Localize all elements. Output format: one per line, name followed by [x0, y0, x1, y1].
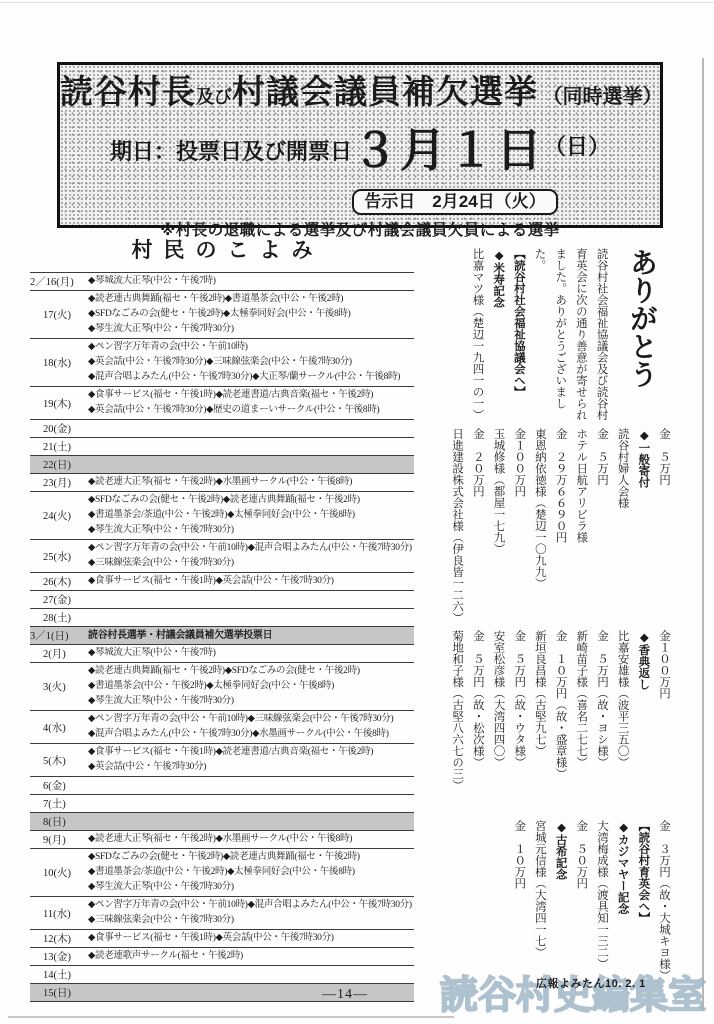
calendar-date: 9(月): [30, 832, 88, 847]
calendar-events: ◆読老連大正琴(福セ・午後2時)◆水墨画サークル(中公・午後8時): [88, 475, 414, 490]
thanks-body: 東恩納依徳様（楚辺一〇九九）: [529, 428, 550, 626]
calendar-date: 2(月): [30, 646, 88, 661]
election-date-line: 期日：投票日及び開票日３月１日（日）: [60, 121, 660, 188]
calendar-event-line: ◆三味線弦楽会(中公・午後7時30分): [88, 556, 414, 571]
calendar-date: 13(金): [30, 949, 88, 964]
thanks-heading: ◆香典返し: [633, 630, 654, 816]
village-calendar: 村民のこよみ 2／16(月)◆琴城流大正琴(中公・午後7時)17(火)◆読老連古…: [30, 234, 414, 1002]
calendar-row: 27(金): [30, 590, 414, 608]
calendar-event-line: ◆読老連古典舞踊(福セ・午後2時)◆書道墨茶会(中公・午後2時): [88, 292, 414, 307]
calendar-date: 15(日): [30, 985, 88, 1000]
calendar-row: 14(土): [30, 965, 414, 983]
calendar-title: 村民のこよみ: [30, 234, 414, 264]
election-title-paren: （同時選挙）: [542, 86, 662, 108]
calendar-event-line: ◆SFDなごみの会(健セ・午後2時)◆太極拳同好会(中公・午後8時): [88, 307, 414, 322]
calendar-table: 2／16(月)◆琴城流大正琴(中公・午後7時)17(火)◆読老連古典舞踊(福セ・…: [30, 272, 414, 1002]
calendar-row: 9(月)◆読老連大正琴(福セ・午後2時)◆水墨画サークル(中公・午後8時): [30, 830, 414, 848]
calendar-row: 8(日): [30, 812, 414, 830]
thanks-body: ホテル日航アリビラ様: [571, 428, 592, 626]
calendar-row: 26(木)◆食事サービス(福セ・午後1時)◆英会話(中公・午後7時30分): [30, 572, 414, 590]
calendar-events: ◆ペン習字万年青の会(中公・午前10時)◆混声合唱よみたん(中公・午後7時30分…: [88, 541, 414, 571]
calendar-events: ◆読老連古典舞踊(福セ・午後2時)◆書道墨茶会(中公・午後2時)◆SFDなごみの…: [88, 292, 414, 337]
thanks-body: 新崎苗子様（喜名二七七）: [571, 630, 592, 816]
calendar-events: ◆ペン習字万年青の会(中公・午前10時)◆混声合唱よみたん(中公・午後7時30分…: [88, 898, 414, 928]
calendar-row: 2／16(月)◆琴城流大正琴(中公・午後7時): [30, 272, 414, 290]
calendar-event-line: ◆書道墨茶会/茶道(中公・午後2時)◆太極拳同好会(中公・午後8時): [88, 865, 414, 880]
thanks-body: 菊地和子様（古堅八六七の三）: [446, 630, 467, 816]
thanks-band: 金 ５万円◆一般寄付読谷村婦人会様金 ５万円ホテル日航アリビラ様金 ２９万６６９…: [420, 428, 696, 626]
calendar-date: 21(土): [30, 439, 88, 454]
scan-edge-top: [0, 2, 714, 3]
thanks-amount: 金 ５万円（故・松次様）: [467, 630, 488, 816]
calendar-date: 8(日): [30, 814, 88, 829]
calendar-event-line: ◆琴生流大正琴(中公・午後7時30分): [88, 880, 414, 895]
calendar-events: ◆食事サービス(福セ・午後1時)◆英会話(中公・午後7時30分): [88, 931, 414, 946]
calendar-event-line: ◆ペン習字万年青の会(中公・午前10時)◆三味線弦楽会(中公・午後7時30分): [88, 712, 414, 727]
thanks-amount: 金 ５万円: [591, 428, 612, 626]
calendar-date: 28(土): [30, 610, 88, 625]
thanks-section: 【読谷村社会福祉協議会へ】: [508, 248, 529, 424]
calendar-event-line: 読谷村長選挙・村議会議員補欠選挙投票日: [88, 628, 414, 643]
calendar-date: 19(木): [30, 396, 88, 411]
thanks-amount: 金 ２０万円: [467, 428, 488, 626]
thanks-amount: 金１００万円: [509, 428, 530, 626]
thanks-band: ありがとう読谷村社会福祉協議会及び読谷村育英会に次の通り善意が寄せられました。あ…: [420, 248, 696, 424]
calendar-event-line: ◆食事サービス(福セ・午後1時)◆英会話(中公・午後7時30分): [88, 931, 414, 946]
calendar-date: 18(水): [30, 355, 88, 370]
thanks-band: 金１００万円◆香典返し比嘉安雄様（波平三五〇）金 ５万円（故・ヨシ様）新崎苗子様…: [420, 630, 696, 816]
calendar-row: 21(土): [30, 437, 414, 455]
calendar-date: 23(月): [30, 475, 88, 490]
thanks-amount: 金１００万円: [653, 630, 674, 816]
calendar-events: ◆読老連歌声サークル(福セ・午後2時): [88, 949, 414, 964]
announcement-line: 告示日 2月24日（火）: [60, 189, 660, 215]
thanks-body: 安室松彦様（大湾四四〇）: [488, 630, 509, 816]
calendar-date: 26(木): [30, 574, 88, 589]
calendar-events: ◆読老連大正琴(福セ・午後2時)◆水墨画サークル(中公・午後8時): [88, 832, 414, 847]
calendar-date: 2／16(月): [30, 274, 88, 289]
calendar-row: 17(火)◆読老連古典舞踊(福セ・午後2時)◆書道墨茶会(中公・午後2時)◆SF…: [30, 290, 414, 338]
calendar-events: ◆琴城流大正琴(中公・午後7時): [88, 646, 414, 661]
calendar-event-line: ◆食事サービス(福セ・午後1時)◆読老連書道/古典音楽(福セ・午後2時): [88, 388, 414, 403]
election-date-label: 期日：投票日及び開票日: [110, 139, 352, 164]
calendar-events: ◆食事サービス(福セ・午後1時)◆読老連書道/古典音楽(福セ・午後2時)◆英会話…: [88, 745, 414, 775]
calendar-date: 3／1(日): [30, 628, 88, 643]
thanks-body: 玉城修様（都屋一七九）: [488, 428, 509, 626]
scan-edge-right: [702, 58, 704, 1010]
calendar-event-line: ◆ペン習字万年青の会(中公・午前10時)◆混声合唱よみたん(中公・午後7時30分…: [88, 898, 414, 913]
thanks-article: ありがとう読谷村社会福祉協議会及び読谷村育英会に次の通り善意が寄せられました。あ…: [420, 248, 696, 1000]
election-notice-box: 読谷村長及び村議会議員補欠選挙 （同時選挙） 期日：投票日及び開票日３月１日（日…: [57, 62, 663, 228]
calendar-event-line: ◆読老連歌声サークル(福セ・午後2時): [88, 949, 414, 964]
calendar-row: 2(月)◆琴城流大正琴(中公・午後7時): [30, 644, 414, 662]
calendar-event-line: ◆読老連古典舞踊(福セ・午後2時)◆SFDなごみの会(健セ・午後2時): [88, 664, 414, 679]
thanks-body: 読谷村社会福祉協議会及び読谷村育英会に次の通り善意が寄せられました。ありがとうご…: [529, 248, 612, 424]
thanks-body: 読谷村婦人会様: [612, 428, 633, 626]
calendar-date: 5(木): [30, 753, 88, 768]
halftone-background: 読谷村長及び村議会議員補欠選挙 （同時選挙） 期日：投票日及び開票日３月１日（日…: [60, 65, 660, 225]
calendar-event-line: ◆ペン習字万年青の会(中公・午前10時)◆混声合唱よみたん(中公・午後7時30分…: [88, 541, 414, 556]
thanks-body: 比嘉マツ様（楚辺一九四一の一）: [467, 248, 488, 424]
calendar-event-line: ◆英会話(中公・午後7時30分)◆歴史の道まーいサークル(中公・午後8時): [88, 403, 414, 418]
calendar-date: 10(火): [30, 865, 88, 880]
thanks-amount: 金 ５万円（故・ヨシ様）: [591, 630, 612, 816]
calendar-row: 13(金)◆読老連歌声サークル(福セ・午後2時): [30, 947, 414, 965]
calendar-row: 10(火)◆SFDなごみの会(健セ・午後2時)◆読老連古典舞踊(福セ・午後2時)…: [30, 848, 414, 896]
calendar-events: ◆食事サービス(福セ・午後1時)◆読老連書道/古典音楽(福セ・午後2時)◆英会話…: [88, 388, 414, 418]
thanks-body: 日進建設株式会社様（伊良皆一二六）: [446, 428, 467, 626]
calendar-row: 6(金): [30, 776, 414, 794]
calendar-event-line: ◆琴城流大正琴(中公・午後7時): [88, 274, 414, 289]
calendar-event-line: ◆英会話(中公・午後7時30分): [88, 760, 414, 775]
calendar-event-line: ◆琴生流大正琴(中公・午後7時30分): [88, 694, 414, 709]
thanks-title: ありがとう: [612, 248, 660, 424]
calendar-date: 20(金): [30, 421, 88, 436]
calendar-date: 25(水): [30, 549, 88, 564]
newsletter-page: 読谷村長及び村議会議員補欠選挙 （同時選挙） 期日：投票日及び開票日３月１日（日…: [0, 0, 714, 1024]
calendar-date: 7(土): [30, 796, 88, 811]
calendar-event-line: ◆書道墨茶会/茶道(中公・午後2時)◆太極拳同好会(中公・午後8時): [88, 508, 414, 523]
calendar-row: 22(日): [30, 455, 414, 473]
calendar-row: 23(月)◆読老連大正琴(福セ・午後2時)◆水墨画サークル(中公・午後8時): [30, 473, 414, 491]
calendar-events: 読谷村長選挙・村議会議員補欠選挙投票日: [88, 628, 414, 643]
calendar-events: ◆SFDなごみの会(健セ・午後2時)◆読老連古典舞踊(福セ・午後2時)◆書道墨茶…: [88, 493, 414, 538]
calendar-date: 11(水): [30, 906, 88, 921]
thanks-heading: ◆米寿記念: [487, 248, 508, 424]
calendar-event-line: ◆英会話(中公・午後7時30分)◆三味線弦楽会(中公・午後7時30分): [88, 355, 414, 370]
election-date-value: ３月１日: [352, 124, 544, 176]
publication-credit: 広報よみたん10. 2. 1: [536, 975, 646, 991]
calendar-events: ◆食事サービス(福セ・午後1時)◆英会話(中公・午後7時30分): [88, 574, 414, 589]
election-title: 読谷村長及び村議会議員補欠選挙 （同時選挙）: [60, 71, 660, 120]
calendar-event-line: ◆琴生流大正琴(中公・午後7時30分): [88, 523, 414, 538]
calendar-event-line: ◆食事サービス(福セ・午後1時)◆読老連書道/古典音楽(福セ・午後2時): [88, 745, 414, 760]
calendar-date: 27(金): [30, 592, 88, 607]
calendar-event-line: ◆書道墨茶会(中公・午後2時)◆太極拳同好会(中公・午後8時): [88, 679, 414, 694]
thanks-amount: 金 ５万円（故・ウタ様）: [509, 630, 530, 816]
election-title-main: 村議会議員補欠選挙: [232, 73, 538, 110]
calendar-date: 17(火): [30, 307, 88, 322]
election-title-conj: 及び: [196, 87, 232, 107]
calendar-date: 4(水): [30, 720, 88, 735]
thanks-amount: 金 ５万円: [653, 428, 674, 626]
calendar-events: ◆ペン習字万年青の会(中公・午前10時)◆三味線弦楽会(中公・午後7時30分)◆…: [88, 712, 414, 742]
calendar-date: 24(火): [30, 508, 88, 523]
calendar-date: 14(土): [30, 967, 88, 982]
calendar-row: 20(金): [30, 419, 414, 437]
calendar-event-line: ◆混声合唱よみたん(中公・午後7時30分)◆水墨画サークル(中公・午後8時): [88, 727, 414, 742]
calendar-events: ◆琴城流大正琴(中公・午後7時): [88, 274, 414, 289]
archive-watermark: 読谷村史編集室: [440, 964, 706, 1019]
thanks-body: 比嘉安雄様（波平三五〇）: [612, 630, 633, 816]
calendar-row: 3／1(日)読谷村長選挙・村議会議員補欠選挙投票日: [30, 626, 414, 644]
thanks-heading: ◆一般寄付: [633, 428, 654, 626]
election-date-weekday: （日）: [544, 134, 610, 159]
calendar-row: 18(水)◆ペン習字万年青の会(中公・午前10時)◆英会話(中公・午後7時30分…: [30, 338, 414, 386]
calendar-row: 25(水)◆ペン習字万年青の会(中公・午前10時)◆混声合唱よみたん(中公・午後…: [30, 539, 414, 572]
calendar-events: ◆ペン習字万年青の会(中公・午前10時)◆英会話(中公・午後7時30分)◆三味線…: [88, 340, 414, 385]
calendar-event-line: ◆読老連大正琴(福セ・午後2時)◆水墨画サークル(中公・午後8時): [88, 832, 414, 847]
calendar-events: ◆読老連古典舞踊(福セ・午後2時)◆SFDなごみの会(健セ・午後2時)◆書道墨茶…: [88, 664, 414, 709]
calendar-row: 4(水)◆ペン習字万年青の会(中公・午前10時)◆三味線弦楽会(中公・午後7時3…: [30, 710, 414, 743]
scan-edge-bottom: [8, 1016, 454, 1018]
calendar-row: 7(土): [30, 794, 414, 812]
calendar-event-line: ◆琴生流大正琴(中公・午後7時30分): [88, 322, 414, 337]
calendar-date: 6(金): [30, 778, 88, 793]
calendar-event-line: ◆SFDなごみの会(健セ・午後2時)◆読老連古典舞踊(福セ・午後2時): [88, 850, 414, 865]
calendar-event-line: ◆食事サービス(福セ・午後1時)◆英会話(中公・午後7時30分): [88, 574, 414, 589]
calendar-date: 12(木): [30, 931, 88, 946]
calendar-row: 28(土): [30, 608, 414, 626]
election-title-prefix: 読谷村長: [60, 73, 196, 110]
calendar-row: 5(木)◆食事サービス(福セ・午後1時)◆読老連書道/古典音楽(福セ・午後2時)…: [30, 743, 414, 776]
calendar-event-line: ◆混声合唱よみたん(中公・午後7時30分)◆大正琴/蘭サークル(中公・午後8時): [88, 370, 414, 385]
calendar-date: 3(火): [30, 679, 88, 694]
calendar-event-line: ◆三味線弦楽会(中公・午後7時30分): [88, 913, 414, 928]
calendar-event-line: ◆琴城流大正琴(中公・午後7時): [88, 646, 414, 661]
announcement-date-box: 告示日 2月24日（火）: [352, 189, 557, 215]
thanks-amount: 金 ２９万６６９０円: [550, 428, 571, 626]
thanks-amount: 金 １０万円（故・盛章様）: [550, 630, 571, 816]
calendar-row: 19(木)◆食事サービス(福セ・午後1時)◆読老連書道/古典音楽(福セ・午後2時…: [30, 386, 414, 419]
page-number: —14—: [322, 987, 368, 1003]
calendar-event-line: ◆SFDなごみの会(健セ・午後2時)◆読老連古典舞踊(福セ・午後2時): [88, 493, 414, 508]
calendar-event-line: ◆読老連大正琴(福セ・午後2時)◆水墨画サークル(中公・午後8時): [88, 475, 414, 490]
calendar-events: ◆SFDなごみの会(健セ・午後2時)◆読老連古典舞踊(福セ・午後2時)◆書道墨茶…: [88, 850, 414, 895]
calendar-row: 3(火)◆読老連古典舞踊(福セ・午後2時)◆SFDなごみの会(健セ・午後2時)◆…: [30, 662, 414, 710]
calendar-row: 12(木)◆食事サービス(福セ・午後1時)◆英会話(中公・午後7時30分): [30, 929, 414, 947]
calendar-date: 22(日): [30, 457, 88, 472]
thanks-body: 新垣良昌様（古堅九七）: [529, 630, 550, 816]
calendar-row: 11(水)◆ペン習字万年青の会(中公・午前10時)◆混声合唱よみたん(中公・午後…: [30, 896, 414, 929]
calendar-row: 24(火)◆SFDなごみの会(健セ・午後2時)◆読老連古典舞踊(福セ・午後2時)…: [30, 491, 414, 539]
calendar-event-line: ◆ペン習字万年青の会(中公・午前10時): [88, 340, 414, 355]
